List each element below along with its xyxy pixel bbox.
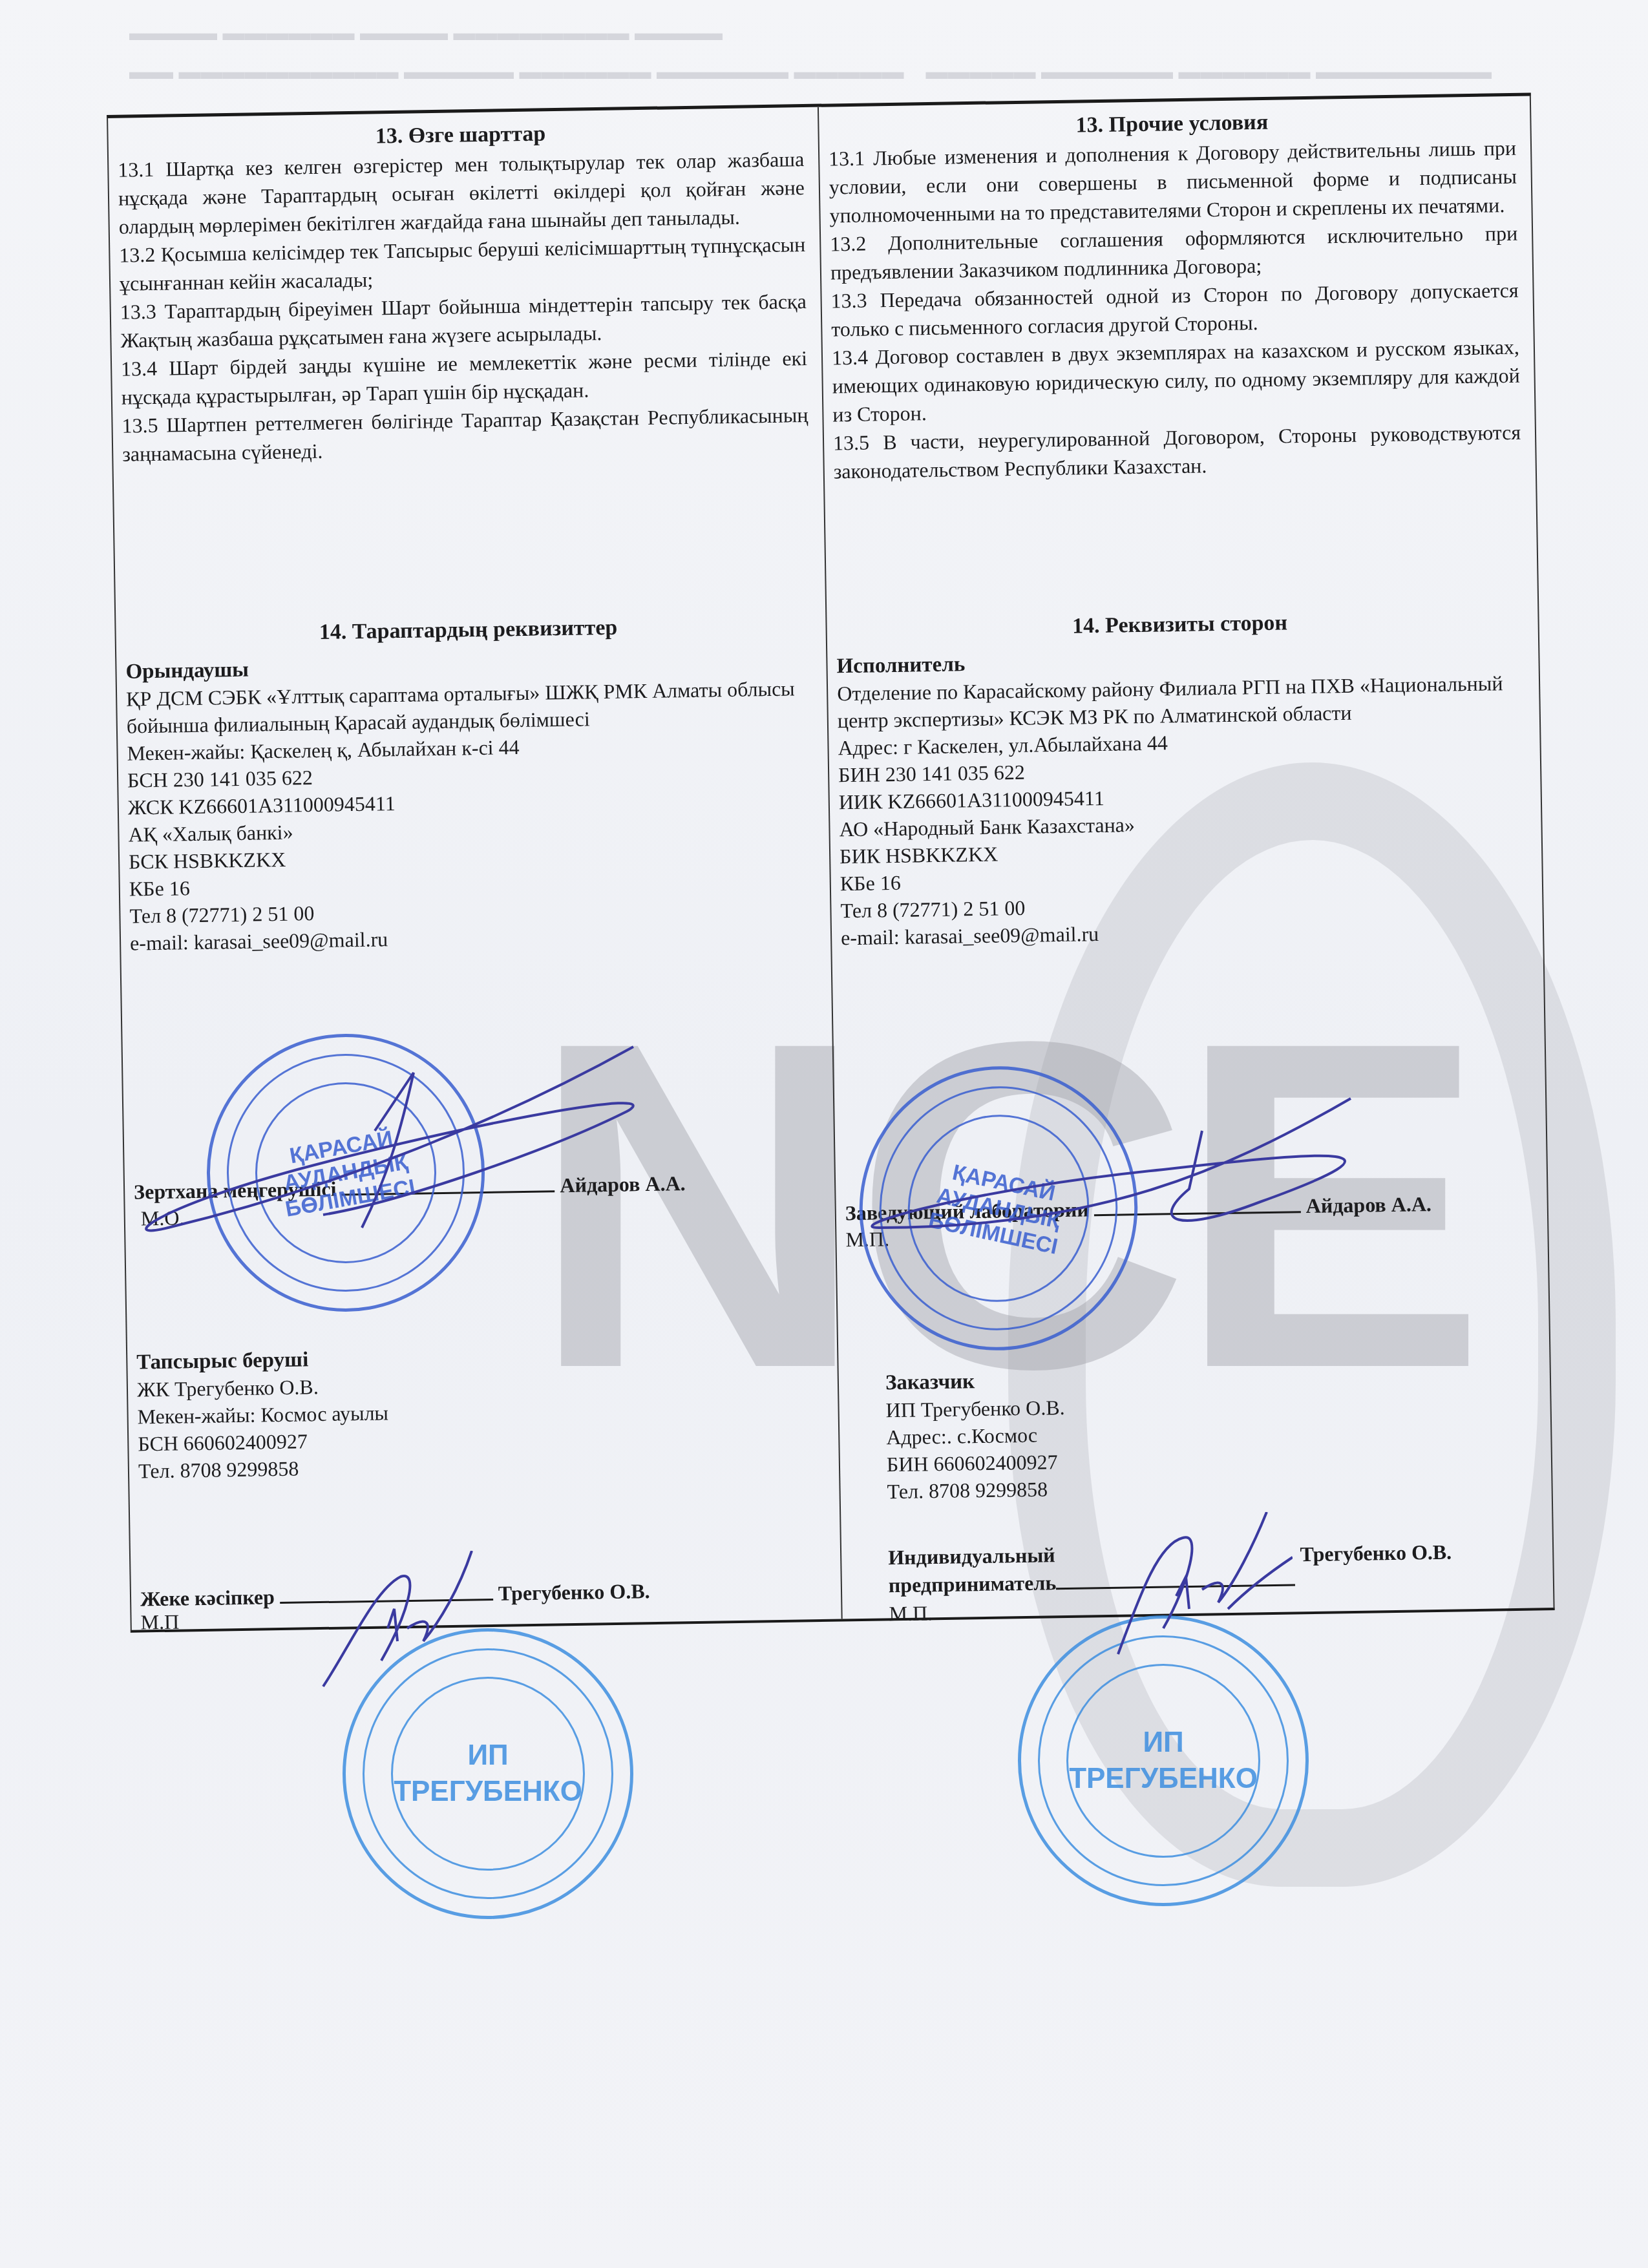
clause-13-3-ru: 13.3 Передача обязанностей одной из Стор…	[830, 276, 1519, 344]
seal-mark-kz: М.О.	[141, 1206, 185, 1230]
clause-13-4-ru: 13.4 Договор составлен в двух экземпляра…	[832, 333, 1521, 429]
russian-column: 13. Прочие условия 13.1 Любые изменения …	[819, 96, 1554, 1619]
executor-signature-row-ru: Заведующий лаборатории Айдаров А.А.	[845, 1190, 1431, 1225]
customer-signer-title-kz: Жеке кәсіпкер	[140, 1585, 275, 1610]
customer-signature-row-ru: Индивидуальный предприниматель Трегубенк…	[888, 1535, 1452, 1599]
stamp-text: ТРЕГУБЕНКО	[1069, 1761, 1258, 1797]
customer-signer-title-ru-2: предприниматель	[889, 1571, 1057, 1597]
customer-block-ru: Заказчик ИП Трегубенко О.В. Адрес:. с.Ко…	[885, 1360, 1537, 1506]
executor-signer-title-ru: Заведующий лаборатории	[845, 1197, 1089, 1224]
customer-signer-name-kz: Трегубенко О.В.	[498, 1579, 650, 1605]
customer-stamp-ru: ИП ТРЕГУБЕНКО	[1018, 1615, 1309, 1906]
bleed-through-text: ▬▬ ▬▬▬▬▬▬▬▬▬▬ ▬▬▬▬▬ ▬▬▬▬▬▬ ▬▬▬▬▬▬ ▬▬▬▬▬ …	[129, 52, 1492, 93]
executor-signer-name-kz: Айдаров А.А.	[560, 1171, 686, 1197]
signature-line	[341, 1171, 555, 1195]
stamp-text: ИП	[1069, 1725, 1258, 1761]
clause-13-5-kz: 13.5 Шартпен реттелмеген бөлігінде Тарап…	[121, 401, 808, 468]
customer-signer-name-ru: Трегубенко О.В.	[1300, 1540, 1452, 1566]
document-page: ▬▬▬▬ ▬▬▬▬▬▬ ▬▬▬▬ ▬▬▬▬▬▬▬▬ ▬▬▬▬ ▬▬ ▬▬▬▬▬▬…	[0, 0, 1648, 2268]
executor-signature-row-kz: Зертхана меңгерушісі Айдаров А.А.	[134, 1169, 686, 1204]
seal-mark-ru: М.П.	[845, 1227, 889, 1252]
clause-13-2-kz: 13.2 Қосымша келісімдер тек Тапсырыс бер…	[119, 230, 806, 298]
stamp-text: ИП	[394, 1738, 582, 1774]
contract-table: 13. Өзге шарттар 13.1 Шартқа кез келген …	[107, 92, 1555, 1632]
signature-line	[280, 1579, 493, 1604]
customer-stamp-kz: ИП ТРЕГУБЕНКО	[343, 1628, 633, 1919]
executor-signer-name-ru: Айдаров А.А.	[1305, 1192, 1431, 1217]
clause-13-1-ru: 13.1 Любые изменения и дополнения к Дого…	[829, 134, 1517, 230]
clause-13-3-kz: 13.3 Тараптардың біреуімен Шарт бойынша …	[120, 287, 807, 355]
signature-line	[1056, 1564, 1295, 1590]
clause-13-1-kz: 13.1 Шартқа кез келген өзгерістер мен то…	[118, 145, 805, 241]
seal-mark-ru: М.П.	[889, 1601, 933, 1626]
signature-line	[1093, 1192, 1300, 1216]
seal-mark-kz: М.П	[140, 1610, 179, 1635]
clause-13-4-kz: 13.4 Шарт бірдей заңды күшіне ие мемлеке…	[121, 344, 808, 412]
executor-signer-title-kz: Зертхана меңгерушісі	[134, 1177, 337, 1204]
customer-signature-row-kz: Жеке кәсіпкер Трегубенко О.В.	[140, 1577, 650, 1611]
clause-13-5-ru: 13.5 В части, неурегулированной Договоро…	[833, 418, 1521, 486]
clause-13-2-ru: 13.2 Дополнительные соглашения оформляют…	[830, 219, 1518, 287]
bleed-through-text: ▬▬▬▬ ▬▬▬▬▬▬ ▬▬▬▬ ▬▬▬▬▬▬▬▬ ▬▬▬▬	[129, 13, 723, 54]
customer-block-kz: Тапсырыс беруші ЖК Трегубенко О.В. Мекен…	[136, 1338, 825, 1485]
stamp-text: ТРЕГУБЕНКО	[394, 1774, 582, 1810]
kazakh-column: 13. Өзге шарттар 13.1 Шартқа кез келген …	[108, 107, 843, 1630]
